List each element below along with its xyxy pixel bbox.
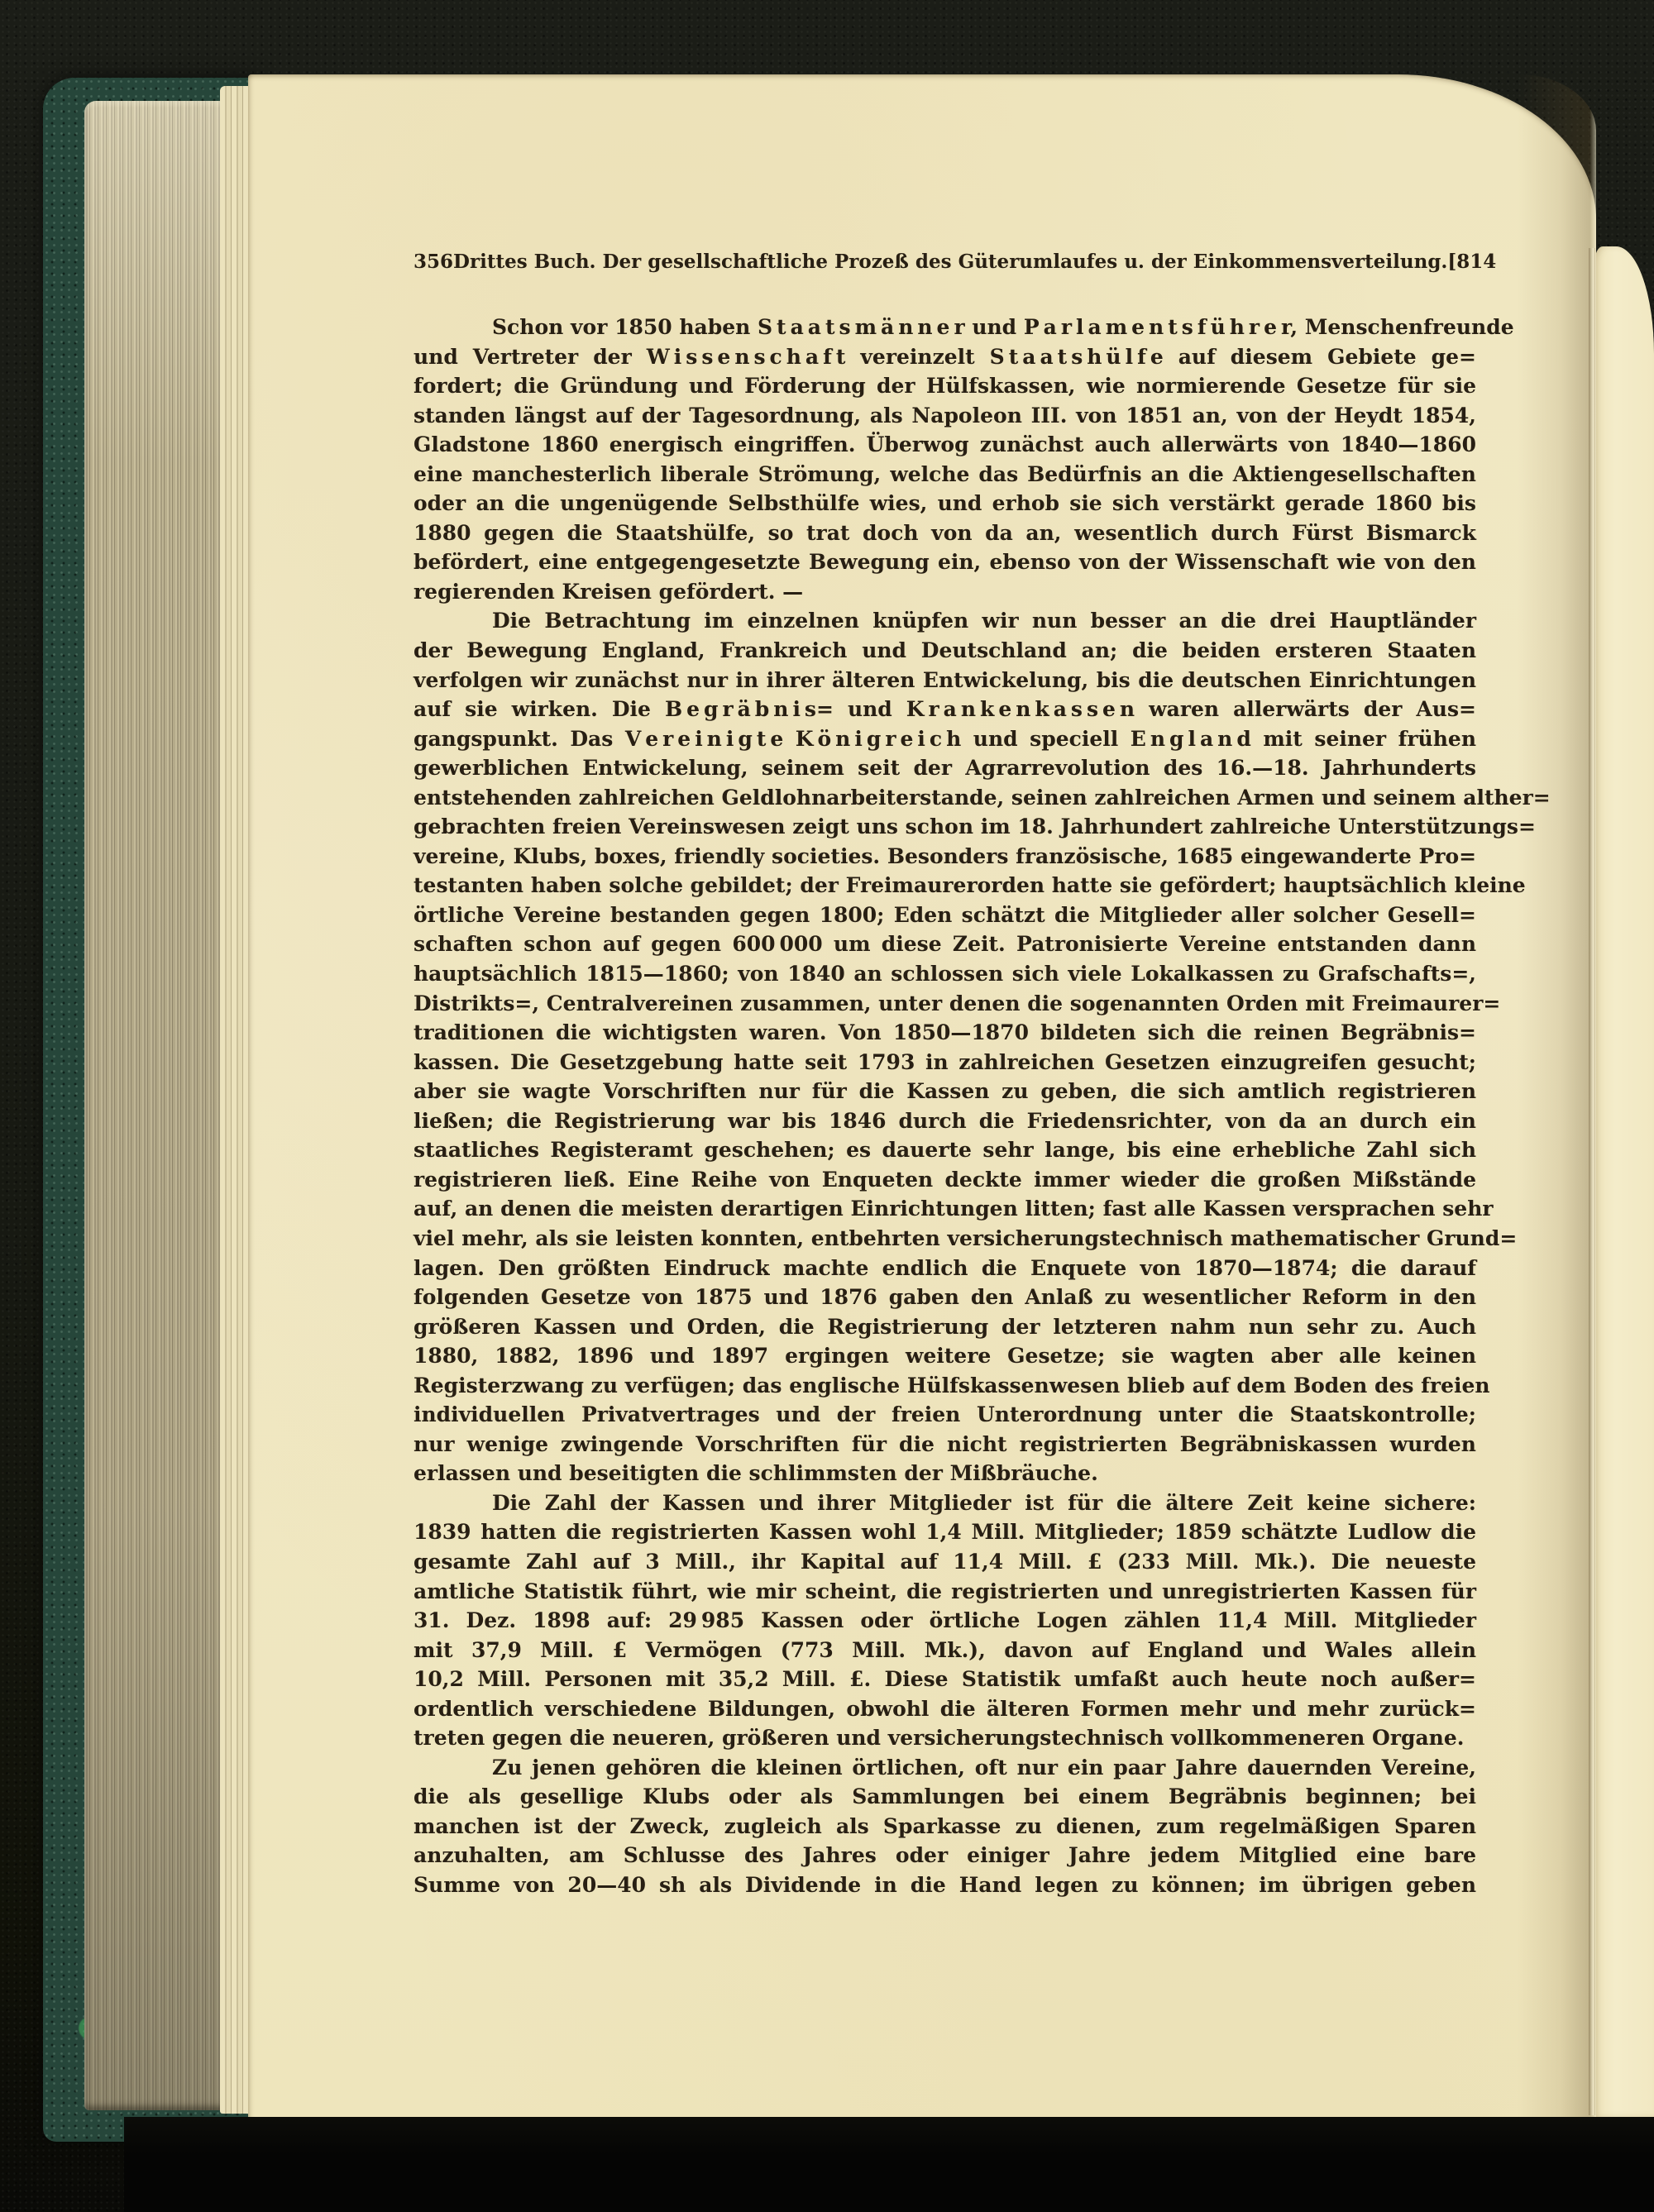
text-line: schaften schon auf gegen 600 000 um dies…: [413, 929, 1476, 959]
text-line: Die Zahl der Kassen und ihrer Mitglieder…: [413, 1488, 1476, 1518]
text-line: gebrachten freien Vereinswesen zeigt uns…: [413, 812, 1476, 842]
text-line: regierenden Kreisen gefördert. —: [413, 577, 1476, 607]
book-bottom-shadow: [124, 2117, 1654, 2212]
gutter-crease: [1589, 248, 1595, 2115]
column-number: [814: [1447, 251, 1496, 273]
page-body: Schon vor 1850 haben S t a a t s m ä n n…: [413, 313, 1476, 1900]
facing-page-sliver: [1594, 246, 1654, 2117]
text-line: kassen. Die Gesetzgebung hatte seit 1793…: [413, 1048, 1476, 1077]
text-line: Zu jenen gehören die kleinen örtlichen, …: [413, 1753, 1476, 1783]
text-line: treten gegen die neueren, größeren und v…: [413, 1723, 1476, 1753]
text-line: traditionen die wichtigsten waren. Von 1…: [413, 1018, 1476, 1048]
text-line: eine manchesterlich liberale Strömung, w…: [413, 460, 1476, 490]
text-line: 1880, 1882, 1896 und 1897 ergingen weite…: [413, 1341, 1476, 1371]
text-line: staatliches Registeramt geschehen; es da…: [413, 1135, 1476, 1165]
book-page: 356 Drittes Buch. Der gesellschaftliche …: [248, 74, 1596, 2120]
scanned-book-photo: 356 Drittes Buch. Der gesellschaftliche …: [0, 0, 1654, 2212]
text-line: der Bewegung England, Frankreich und Deu…: [413, 636, 1476, 666]
page-number: 356: [413, 251, 453, 273]
text-line: ließen; die Registrierung war bis 1846 d…: [413, 1106, 1476, 1136]
text-line: amtliche Statistik führt, wie mir schein…: [413, 1577, 1476, 1607]
text-line: entstehenden zahlreichen Geldlohnarbeite…: [413, 783, 1476, 813]
text-line: oder an die ungenügende Selbsthülfe wies…: [413, 489, 1476, 518]
text-line: 1839 hatten die registrierten Kassen woh…: [413, 1517, 1476, 1547]
text-line: auf, an denen die meisten derartigen Ein…: [413, 1194, 1476, 1224]
text-line: und Vertreter der W i s s e n s c h a f …: [413, 342, 1476, 372]
text-line: ordentlich verschiedene Bildungen, obwoh…: [413, 1694, 1476, 1724]
text-line: Distrikts=, Centralvereinen zusammen, un…: [413, 989, 1476, 1019]
text-line: Summe von 20—40 sh als Dividende in die …: [413, 1870, 1476, 1900]
text-line: Gladstone 1860 energisch eingriffen. Übe…: [413, 430, 1476, 460]
text-line: erlassen und beseitigten die schlimmsten…: [413, 1459, 1476, 1488]
running-title: Drittes Buch. Der gesellschaftliche Proz…: [453, 251, 1447, 273]
text-line: hauptsächlich 1815—1860; von 1840 an sch…: [413, 959, 1476, 989]
text-line: anzuhalten, am Schlusse des Jahres oder …: [413, 1841, 1476, 1870]
text-line: standen längst auf der Tagesordnung, als…: [413, 401, 1476, 431]
text-line: testanten haben solche gebildet; der Fre…: [413, 871, 1476, 901]
text-line: manchen ist der Zweck, zugleich als Spar…: [413, 1812, 1476, 1842]
text-line: befördert, eine entgegengesetzte Bewegun…: [413, 547, 1476, 577]
text-line: mit 37,9 Mill. £ Vermögen (773 Mill. Mk.…: [413, 1636, 1476, 1665]
text-line: 1880 gegen die Staatshülfe, so trat doch…: [413, 518, 1476, 548]
text-line: registrieren ließ. Eine Reihe von Enquet…: [413, 1165, 1476, 1195]
text-line: 10,2 Mill. Personen mit 35,2 Mill. £. Di…: [413, 1665, 1476, 1694]
text-line: viel mehr, als sie leisten konnten, entb…: [413, 1224, 1476, 1254]
text-line: die als gesellige Klubs oder als Sammlun…: [413, 1782, 1476, 1812]
text-line: aber sie wagte Vorschriften nur für die …: [413, 1077, 1476, 1106]
text-line: 31. Dez. 1898 auf: 29 985 Kassen oder ör…: [413, 1606, 1476, 1636]
text-line: nur wenige zwingende Vorschriften für di…: [413, 1430, 1476, 1460]
text-line: gesamte Zahl auf 3 Mill., ihr Kapital au…: [413, 1547, 1476, 1577]
text-line: verfolgen wir zunächst nur in ihrer älte…: [413, 666, 1476, 695]
text-line: fordert; die Gründung und Förderung der …: [413, 371, 1476, 401]
text-line: gewerblichen Entwickelung, seinem seit d…: [413, 753, 1476, 783]
text-line: Die Betrachtung im einzelnen knüpfen wir…: [413, 606, 1476, 636]
text-line: gangspunkt. Das V e r e i n i g t e K ö …: [413, 724, 1476, 754]
text-line: lagen. Den größten Eindruck machte endli…: [413, 1254, 1476, 1283]
text-line: auf sie wirken. Die B e g r ä b n i s= u…: [413, 695, 1476, 724]
page-header: 356 Drittes Buch. Der gesellschaftliche …: [413, 251, 1476, 273]
text-line: vereine, Klubs, boxes, friendly societie…: [413, 842, 1476, 872]
text-line: örtliche Vereine bestanden gegen 1800; E…: [413, 901, 1476, 930]
text-line: größeren Kassen und Orden, die Registrie…: [413, 1312, 1476, 1342]
text-line: Schon vor 1850 haben S t a a t s m ä n n…: [413, 313, 1476, 342]
text-line: Registerzwang zu verfügen; das englische…: [413, 1371, 1476, 1401]
text-line: folgenden Gesetze von 1875 und 1876 gabe…: [413, 1283, 1476, 1312]
text-line: individuellen Privatvertrages und der fr…: [413, 1400, 1476, 1430]
